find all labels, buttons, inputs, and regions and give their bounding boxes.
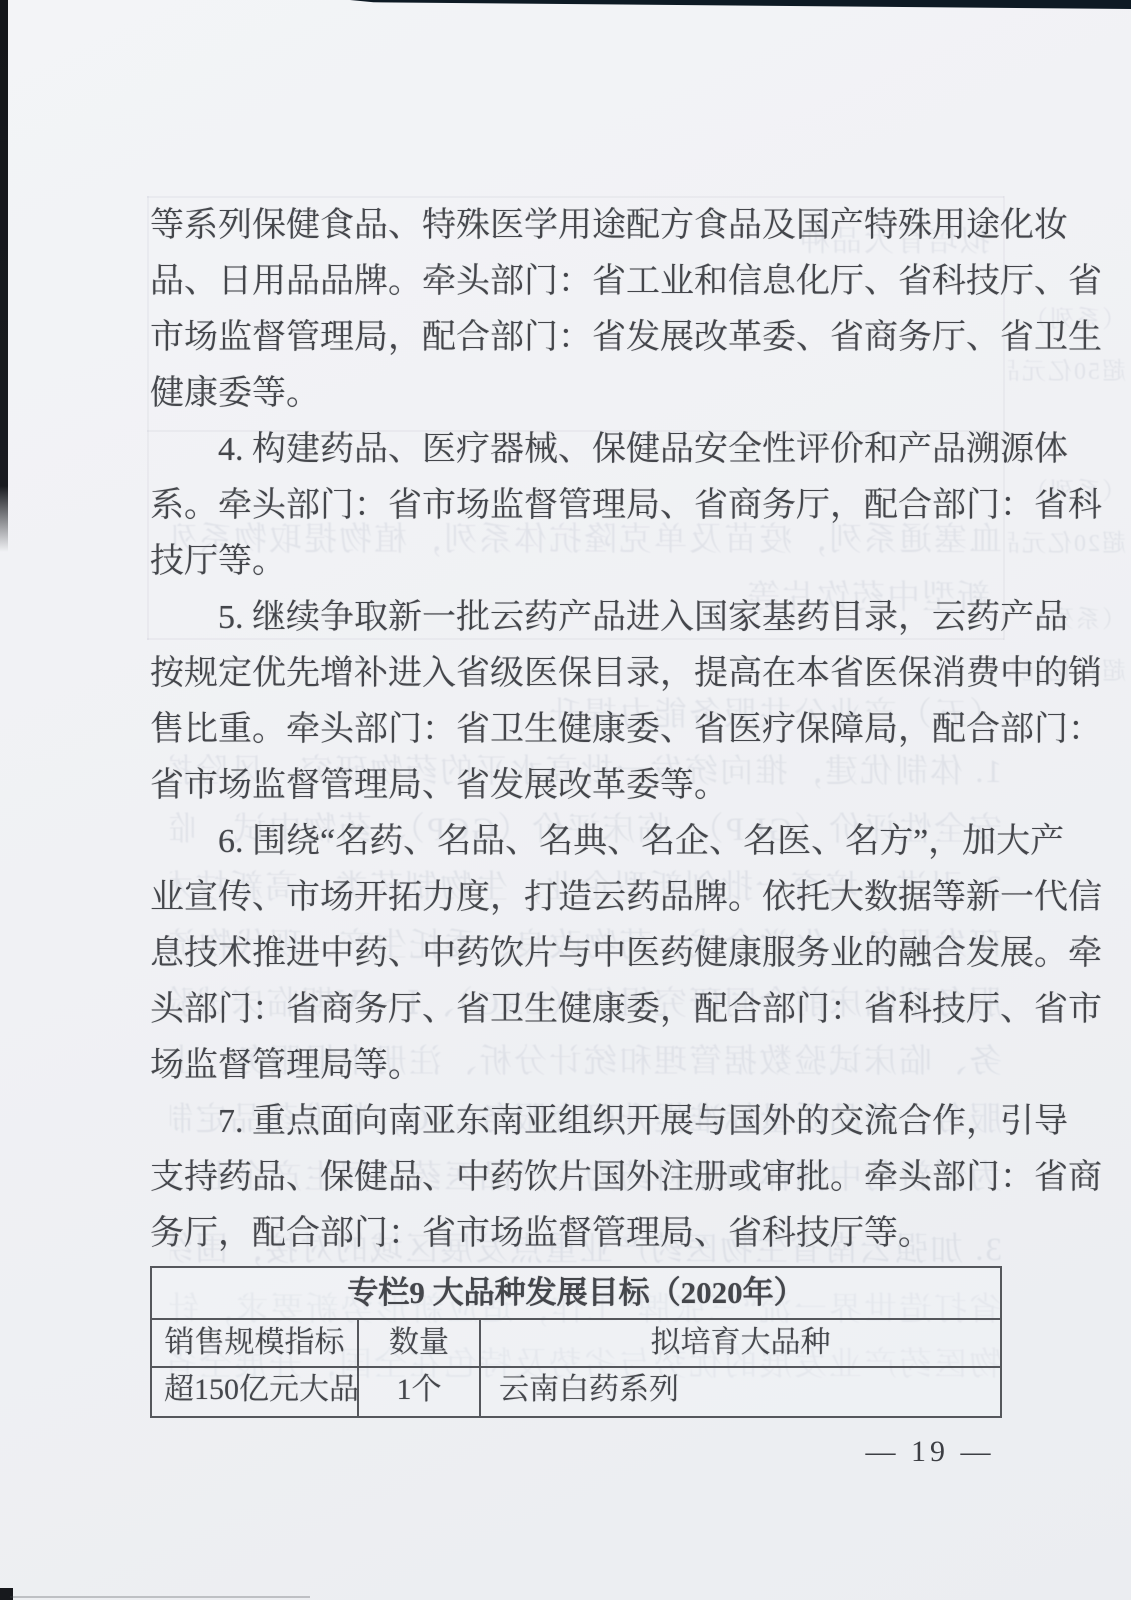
body-line: 按规定优先增补进入省级医保目录，提高在本省医保消费中的销 xyxy=(150,646,1002,702)
table-header-row: 销售规模指标 数量 拟培育大品种 xyxy=(152,1320,1000,1368)
scanned-document-page: 拟培育大品种（系列）超50亿元品种（系列）超20亿元品种（系列）超10亿元品种血… xyxy=(0,0,1131,1600)
body-line: 7. 重点面向南亚东南亚组织开展与国外的交流合作，引导 xyxy=(150,1094,1002,1150)
scan-edge-bottom-mark xyxy=(0,1588,13,1600)
body-line: 品、日用品品牌。牵头部门：省工业和信息化厅、省科技厅、省 xyxy=(150,254,1002,310)
table-title: 专栏9 大品种发展目标（2020年） xyxy=(152,1268,1000,1320)
scan-edge-left xyxy=(0,0,8,552)
body-line: 售比重。牵头部门：省卫生健康委、省医疗保障局，配合部门： xyxy=(150,702,1002,758)
bleedthrough-text: 超50亿元品种 xyxy=(1008,352,1126,392)
table-row: 超150亿元大品 1个 云南白药系列 xyxy=(152,1368,1000,1416)
body-line: 支持药品、保健品、中药饮片国外注册或审批。牵头部门：省商 xyxy=(150,1150,1002,1206)
table-header-sales-scale: 销售规模指标 xyxy=(152,1320,357,1366)
table-cell-quantity: 1个 xyxy=(357,1368,479,1416)
body-line: 等系列保健食品、特殊医学用途配方食品及国产特殊用途化妆 xyxy=(150,198,1002,254)
body-line: 健康委等。 xyxy=(150,366,1002,422)
body-line: 息技术推进中药、中药饮片与中医药健康服务业的融合发展。牵 xyxy=(150,926,1002,982)
table-cell-variety: 云南白药系列 xyxy=(479,1368,1000,1416)
body-line: 务厅，配合部门：省市场监督管理局、省科技厅等。 xyxy=(150,1206,1002,1262)
bleedthrough-text: 超20亿元品种 xyxy=(1008,524,1126,564)
scan-edge-top xyxy=(350,0,1131,9)
scan-edge-bottom-line xyxy=(10,1596,310,1598)
body-line: 场监督管理局等。 xyxy=(150,1038,1002,1094)
table-cell-sales-scale: 超150亿元大品 xyxy=(152,1368,357,1416)
body-line: 省市场监督管理局、省发展改革委等。 xyxy=(150,758,1002,814)
body-line: 4. 构建药品、医疗器械、保健品安全性评价和产品溯源体 xyxy=(150,422,1002,478)
body-line: 技厅等。 xyxy=(150,534,1002,590)
body-line: 系。牵头部门：省市场监督管理局、省商务厅，配合部门：省科 xyxy=(150,478,1002,534)
body-line: 6. 围绕“名药、名品、名典、名企、名医、名方”，加大产 xyxy=(150,814,1002,870)
table-header-cultivated-varieties: 拟培育大品种 xyxy=(479,1320,1000,1366)
column-9-table: 专栏9 大品种发展目标（2020年） 销售规模指标 数量 拟培育大品种 超150… xyxy=(150,1266,1002,1418)
table-header-quantity: 数量 xyxy=(357,1320,479,1366)
body-line: 市场监督管理局，配合部门：省发展改革委、省商务厅、省卫生 xyxy=(150,310,1002,366)
body-line: 头部门：省商务厅、省卫生健康委，配合部门：省科技厅、省市 xyxy=(150,982,1002,1038)
body-line: 业宣传、市场开拓力度，打造云药品牌。依托大数据等新一代信 xyxy=(150,870,1002,926)
page-number: — 19 — xyxy=(840,1432,1020,1472)
body-line: 5. 继续争取新一批云药产品进入国家基药目录，云药产品 xyxy=(150,590,1002,646)
bleedthrough-rule xyxy=(147,196,149,640)
